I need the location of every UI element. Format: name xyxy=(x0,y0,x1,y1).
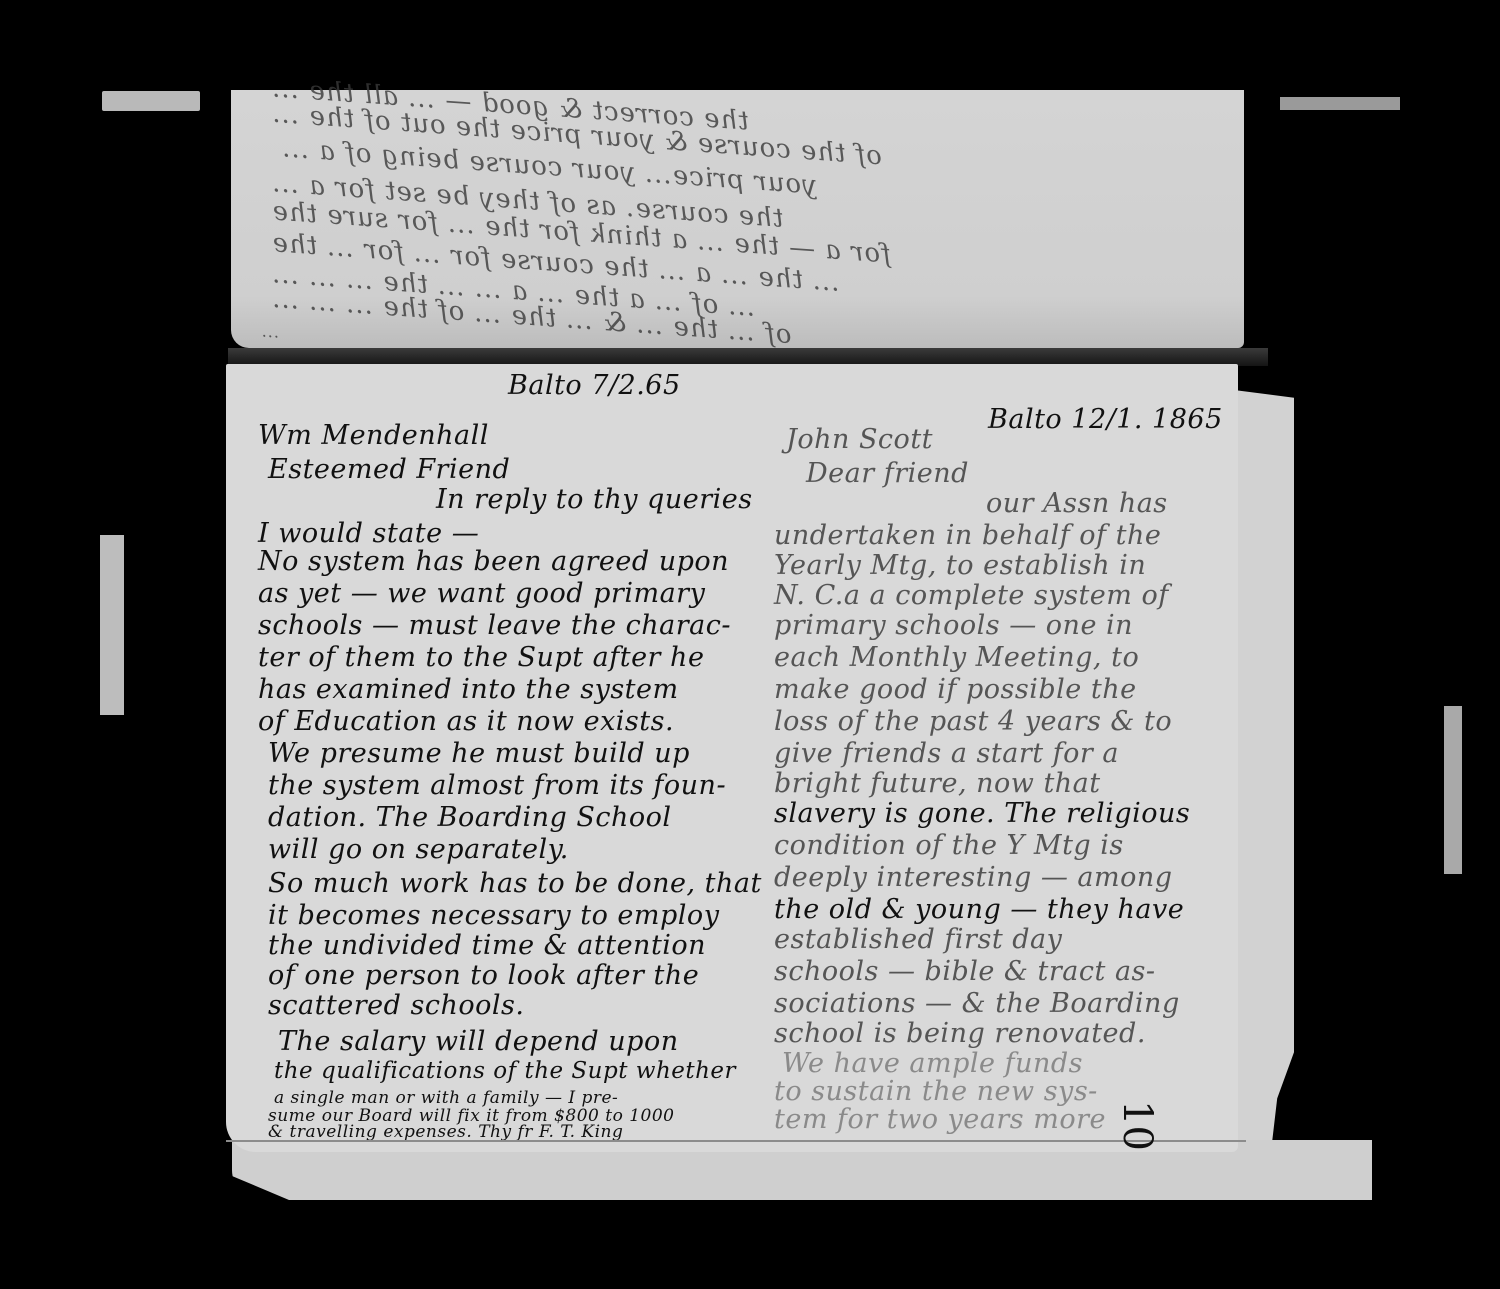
left-body-line: I would state — xyxy=(258,518,479,549)
right-body-line: give friends a start for a xyxy=(774,738,1119,769)
left-body-line: of Education as it now exists. xyxy=(258,706,674,737)
right-salutation: Dear friend xyxy=(806,458,969,489)
left-body-line: of one person to look after the xyxy=(268,960,699,991)
left-recipient: Wm Mendenhall xyxy=(258,420,489,451)
left-body-line: the undivided time & attention xyxy=(268,930,706,961)
left-body-line: as yet — we want good primary xyxy=(258,578,705,609)
right-body-line: tem for two years more xyxy=(774,1104,1106,1135)
left-body-line: We presume he must build up xyxy=(268,738,690,769)
right-body-line: our Assn has xyxy=(986,488,1168,519)
right-body-line: deeply interesting — among xyxy=(774,862,1173,893)
upper-folded-strip: the correct & good — ... all the ... of … xyxy=(231,90,1244,348)
right-body-line: the old & young — they have xyxy=(774,894,1184,925)
left-dateline: Balto 7/2.65 xyxy=(508,370,681,401)
right-body-line: make good if possible the xyxy=(774,674,1137,705)
left-body-line: scattered schools. xyxy=(268,990,524,1021)
right-body-line: bright future, now that xyxy=(774,768,1101,799)
right-body-line: school is being renovated. xyxy=(774,1018,1146,1049)
right-body-line: Yearly Mtg, to establish in xyxy=(774,550,1146,581)
right-body-line: primary schools — one in xyxy=(774,610,1133,641)
left-body-line: ter of them to the Supt after he xyxy=(258,642,704,673)
left-salutation: Esteemed Friend xyxy=(268,454,510,485)
right-body-line: N. C.a a complete system of xyxy=(774,580,1169,611)
left-body-line: dation. The Boarding School xyxy=(268,802,672,833)
right-dateline: Balto 12/1. 1865 xyxy=(988,404,1223,435)
mount-tab-left xyxy=(100,535,124,715)
left-body-line: a single man or with a family — I pre- xyxy=(274,1088,618,1108)
left-body-line: will go on separately. xyxy=(268,834,569,865)
right-body-line: to sustain the new sys- xyxy=(774,1076,1098,1107)
mount-tab-top-right xyxy=(1280,97,1400,110)
right-body-line: each Monthly Meeting, to xyxy=(774,642,1139,673)
left-body-line: So much work has to be done, that xyxy=(268,868,762,899)
mirrored-line: ... xyxy=(260,321,280,341)
folio-number: 10 xyxy=(1114,1100,1160,1151)
right-recipient: John Scott xyxy=(786,424,933,455)
main-letter-sheet: Balto 7/2.65 Wm Mendenhall Esteemed Frie… xyxy=(226,364,1238,1152)
right-body-line: sociations — & the Boarding xyxy=(774,988,1180,1019)
left-body-line: the qualifications of the Supt whether xyxy=(274,1058,736,1084)
left-body-line: In reply to thy queries xyxy=(436,484,753,515)
left-body-line: schools — must leave the charac- xyxy=(258,610,731,641)
left-signature-line: & travelling expenses. Thy fr F. T. King xyxy=(268,1122,623,1142)
right-body-line: slavery is gone. The religious xyxy=(774,798,1190,829)
underlying-sheet-right-edge xyxy=(1234,390,1294,1160)
right-body-line: undertaken in behalf of the xyxy=(774,520,1161,551)
right-body-line: established first day xyxy=(774,924,1062,955)
right-body-line: condition of the Y Mtg is xyxy=(774,830,1124,861)
right-body-line: schools — bible & tract as- xyxy=(774,956,1156,987)
mount-tab-top-left xyxy=(102,91,200,111)
right-body-line: loss of the past 4 years & to xyxy=(774,706,1172,737)
right-body-line: We have ample funds xyxy=(782,1048,1083,1079)
mount-tab-right xyxy=(1444,706,1462,874)
left-body-line: No system has been agreed upon xyxy=(258,546,729,577)
left-body-line: has examined into the system xyxy=(258,674,679,705)
bottom-fold-line xyxy=(226,1140,1246,1142)
left-body-line: The salary will depend upon xyxy=(278,1026,679,1057)
left-body-line: it becomes necessary to employ xyxy=(268,900,719,931)
left-body-line: the system almost from its foun- xyxy=(268,770,726,801)
